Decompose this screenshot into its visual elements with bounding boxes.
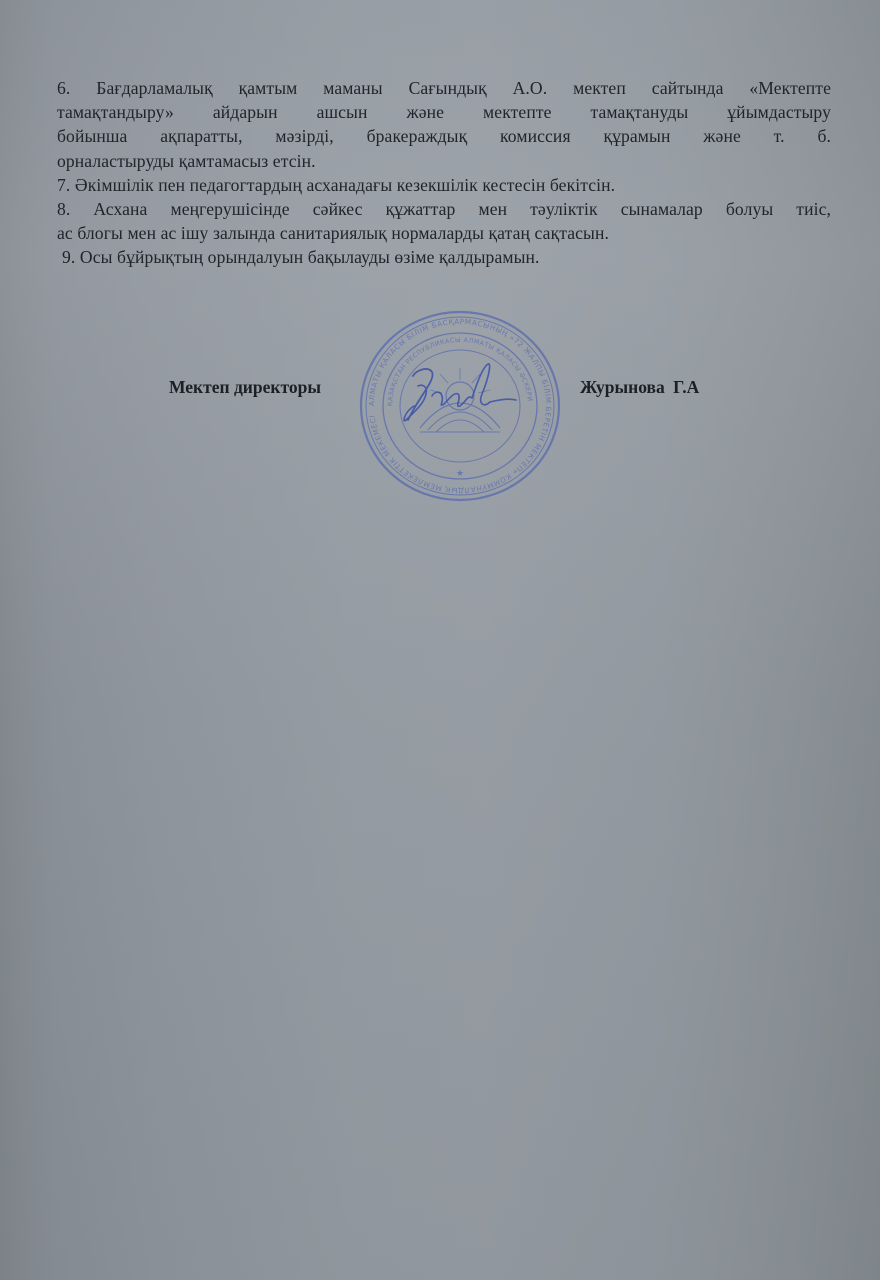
svg-text:★: ★ — [456, 469, 464, 479]
item-9-line-1: 9. Осы бұйрықтың орындалуын бақылауды өз… — [62, 245, 831, 269]
item-6-line-2: тамақтандыру» айдарын ашсын және мектепт… — [57, 100, 831, 124]
item-6: 6. Бағдарламалық қамтым маманы Сағындық … — [57, 76, 831, 173]
item-7: 7. Әкімшілік пен педагогтардың асханадағ… — [57, 173, 831, 197]
item-6-line-1: 6. Бағдарламалық қамтым маманы Сағындық … — [57, 76, 831, 100]
signatory-name: Журынова Г.А — [580, 377, 699, 398]
signatory-title: Мектеп директоры — [169, 377, 321, 398]
document-body: 6. Бағдарламалық қамтым маманы Сағындық … — [57, 76, 831, 270]
item-8-line-1: 8. Асхана меңгерушісінде сәйкес құжаттар… — [57, 197, 831, 221]
item-6-line-3: бойынша ақпаратты, мәзірді, бракераждық … — [57, 124, 831, 148]
item-8-line-2: ас блогы мен ас ішу залында санитариялық… — [57, 221, 831, 245]
item-9: 9. Осы бұйрықтың орындалуын бақылауды өз… — [62, 245, 831, 269]
item-8: 8. Асхана меңгерушісінде сәйкес құжаттар… — [57, 197, 831, 245]
official-stamp-icon: АЛМАТЫ ҚАЛАСЫ БІЛІМ БАСҚАРМАСЫНЫҢ «72 ЖА… — [358, 308, 562, 504]
item-7-line-1: 7. Әкімшілік пен педагогтардың асханадағ… — [57, 173, 831, 197]
item-6-line-4: орналастыруды қамтамасыз етсін. — [57, 149, 831, 173]
